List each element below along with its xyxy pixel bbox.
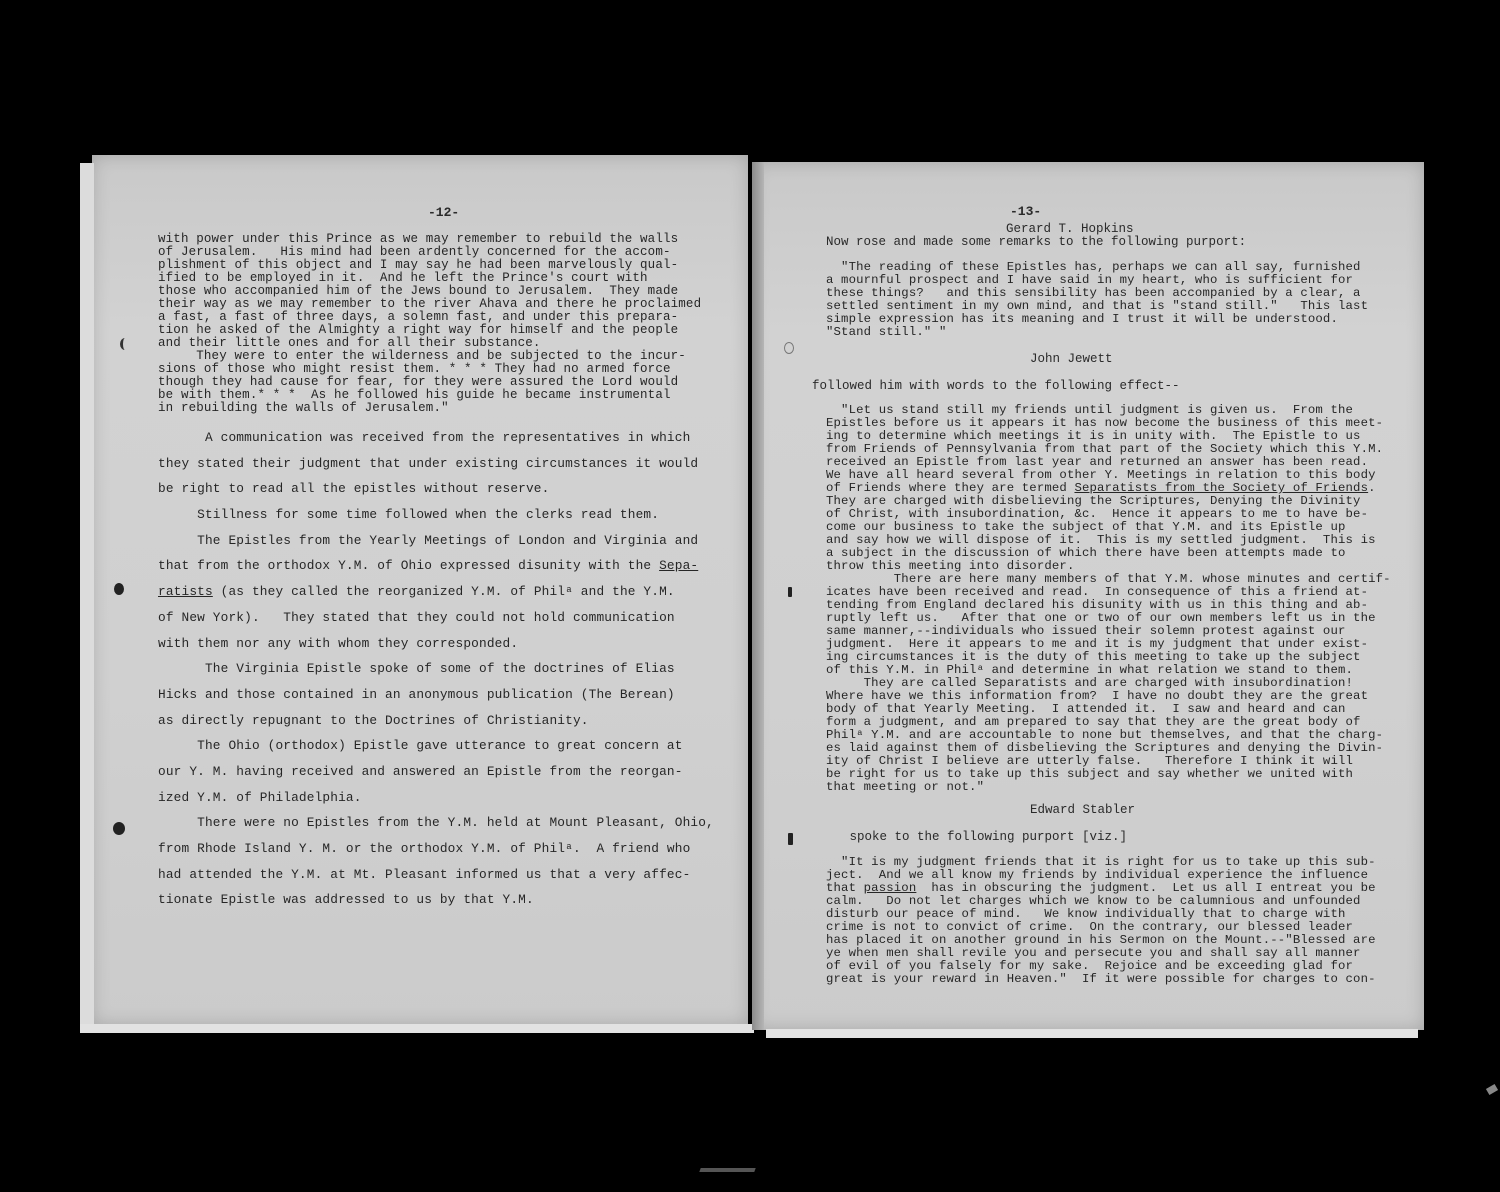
page-number: -12- [428, 205, 459, 220]
right-page: -13- Gerard T. HopkinsNow rose and made … [752, 162, 1424, 1030]
text-line: as directly repugnant to the Doctrines o… [158, 708, 714, 734]
text-line: There were no Epistles from the Y.M. hel… [158, 810, 714, 836]
film-scrap [1486, 1084, 1498, 1095]
binding-hole-mark [120, 338, 130, 350]
text-line: they stated their judgment that under ex… [158, 451, 714, 477]
text-line: ratists (as they called the reorganized … [158, 579, 714, 605]
underlined-term: Sepa- [659, 558, 698, 573]
text-line: The Epistles from the Yearly Meetings of… [158, 528, 714, 554]
page-bottom-edge [766, 1029, 1418, 1038]
speaker-intro: followed him with words to the following… [812, 379, 1180, 393]
binding-hole-mark [114, 583, 124, 595]
binding-hole-mark [784, 342, 794, 354]
text-line: that from the orthodox Y.M. of Ohio expr… [158, 553, 714, 579]
underlined-term: passion [864, 881, 917, 895]
speaker-intro: spoke to the following purport [viz.] [812, 830, 1127, 844]
block-quote: with power under this Prince as we may r… [158, 233, 701, 415]
speech-text: "The reading of these Epistles has, perh… [826, 261, 1368, 339]
text-line: "Stand still." " [826, 326, 1368, 339]
text-line: great is your reward in Heaven." If it w… [826, 973, 1376, 986]
text-line: our Y. M. having received and answered a… [158, 759, 714, 785]
text-line: with them nor any with whom they corresp… [158, 631, 714, 657]
underlined-term: Separatists from the Society of Friends [1074, 481, 1368, 495]
page-bottom-edge [80, 1024, 754, 1033]
text-line: of New York). They stated that they coul… [158, 605, 714, 631]
speaker-name: Gerard T. Hopkins [1006, 222, 1134, 236]
binding-hole-mark [113, 822, 125, 835]
left-page: -12- with power under this Prince as we … [92, 155, 748, 1025]
page-number: -13- [1010, 204, 1041, 219]
speaker-intro: Now rose and made some remarks to the fo… [826, 235, 1246, 249]
text-line: ized Y.M. of Philadelphia. [158, 785, 714, 811]
underlined-term: ratists [158, 584, 213, 599]
text-line: Stillness for some time followed when th… [158, 502, 714, 528]
speaker-name: Edward Stabler [1030, 803, 1135, 817]
text-line: that meeting or not." [826, 781, 1391, 794]
text-line: be right to read all the epistles withou… [158, 476, 714, 502]
double-spaced-body: A communication was received from the re… [158, 425, 714, 913]
text-line: in rebuilding the walls of Jerusalem." [158, 402, 701, 415]
text-line: tionate Epistle was addressed to us by t… [158, 887, 714, 913]
binding-hole-mark [788, 833, 793, 845]
text-line: had attended the Y.M. at Mt. Pleasant in… [158, 862, 714, 888]
text-line: A communication was received from the re… [158, 425, 714, 451]
speech-text: "Let us stand still my friends until jud… [826, 404, 1391, 794]
under-sheet-edge [80, 163, 94, 1031]
speech-text: "It is my judgment friends that it is ri… [826, 856, 1376, 986]
text-line: Hicks and those contained in an anonymou… [158, 682, 714, 708]
page-gutter-shadow [752, 162, 764, 1030]
film-scrap [699, 1168, 755, 1172]
binding-hole-mark [788, 587, 792, 597]
speaker-name: John Jewett [1030, 352, 1113, 366]
text-line: The Ohio (orthodox) Epistle gave utteran… [158, 733, 714, 759]
text-line: from Rhode Island Y. M. or the orthodox … [158, 836, 714, 862]
text-line: The Virginia Epistle spoke of some of th… [158, 656, 714, 682]
